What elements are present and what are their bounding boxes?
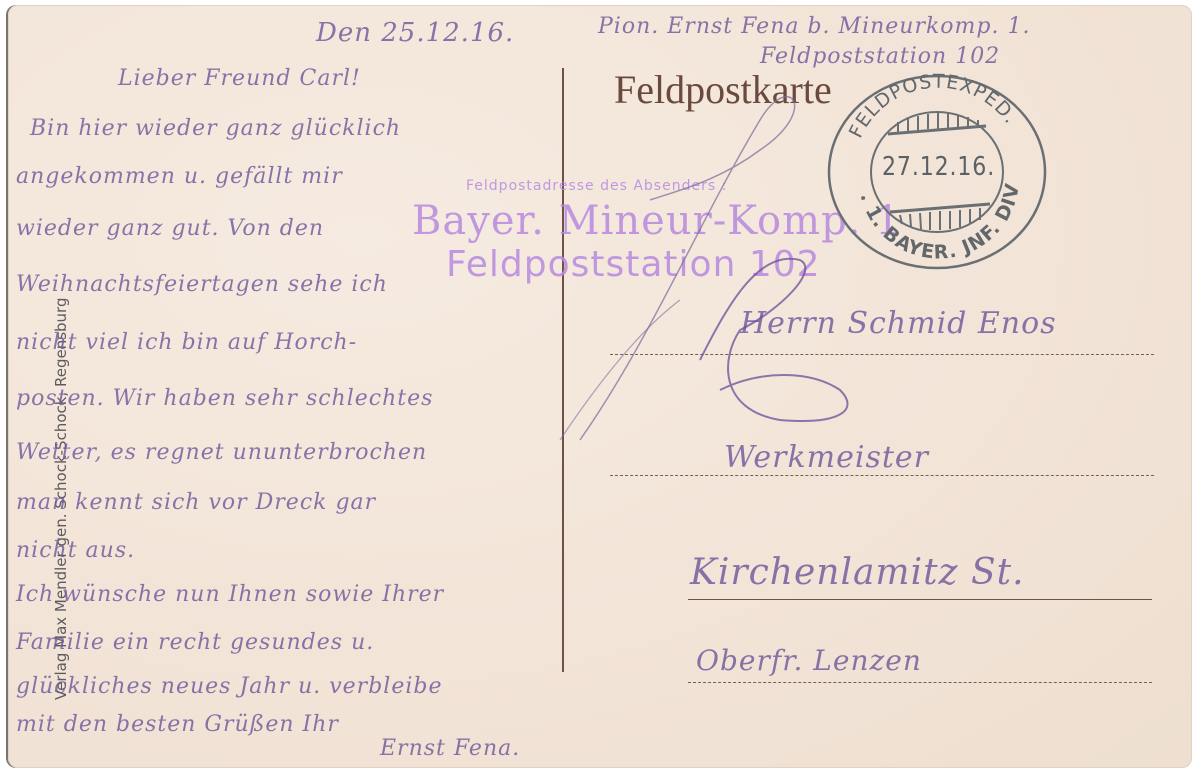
recipient-line4: Oberfr. Lenzen <box>696 644 922 677</box>
postmark-date: 27.12.16. <box>882 152 995 182</box>
card-divider <box>562 68 564 672</box>
message-line: glückliches neues Jahr u. verbleibe <box>16 674 442 699</box>
handwritten-sender-line2: Feldpoststation 102 <box>760 44 1000 69</box>
message-greeting: Lieber Freund Carl! <box>118 66 361 91</box>
sender-stamp-label: Feldpostadresse des Absenders : <box>466 178 727 194</box>
address-line-4 <box>688 682 1152 683</box>
card-title: Feldpostkarte <box>614 66 832 113</box>
message-line: mit den besten Grüßen Ihr <box>16 712 339 737</box>
message-line: nicht viel ich bin auf Horch- <box>16 330 357 355</box>
handwritten-sender-line1: Pion. Ernst Fena b. Mineurkomp. 1. <box>598 14 1030 39</box>
address-line-2 <box>610 475 1154 476</box>
handwritten-date: Den 25.12.16. <box>316 18 514 48</box>
message-line: man kennt sich vor Dreck gar <box>16 490 376 515</box>
message-line: Weihnachtsfeiertagen sehe ich <box>16 272 388 297</box>
message-line: nicht aus. <box>16 538 135 563</box>
recipient-line2: Werkmeister <box>724 440 929 475</box>
address-line-1 <box>610 354 1154 355</box>
recipient-line1: Herrn Schmid Enos <box>740 306 1057 341</box>
recipient-line3: Kirchenlamitz St. <box>690 552 1025 593</box>
message-line: Wetter, es regnet ununterbrochen <box>16 440 427 465</box>
message-line: wieder ganz gut. Von den <box>16 216 324 241</box>
address-line-3 <box>688 599 1152 600</box>
message-line: posten. Wir haben sehr schlechtes <box>16 386 433 411</box>
message-line: Familie ein recht gesundes u. <box>16 630 374 655</box>
message-line: Ich wünsche nun Ihnen sowie Ihrer <box>16 582 444 607</box>
sender-stamp-station: Feldpoststation 102 <box>446 244 821 285</box>
message-signature: Ernst Fena. <box>380 736 520 761</box>
message-line: Bin hier wieder ganz glücklich <box>30 116 401 141</box>
message-line: angekommen u. gefällt mir <box>16 164 343 189</box>
